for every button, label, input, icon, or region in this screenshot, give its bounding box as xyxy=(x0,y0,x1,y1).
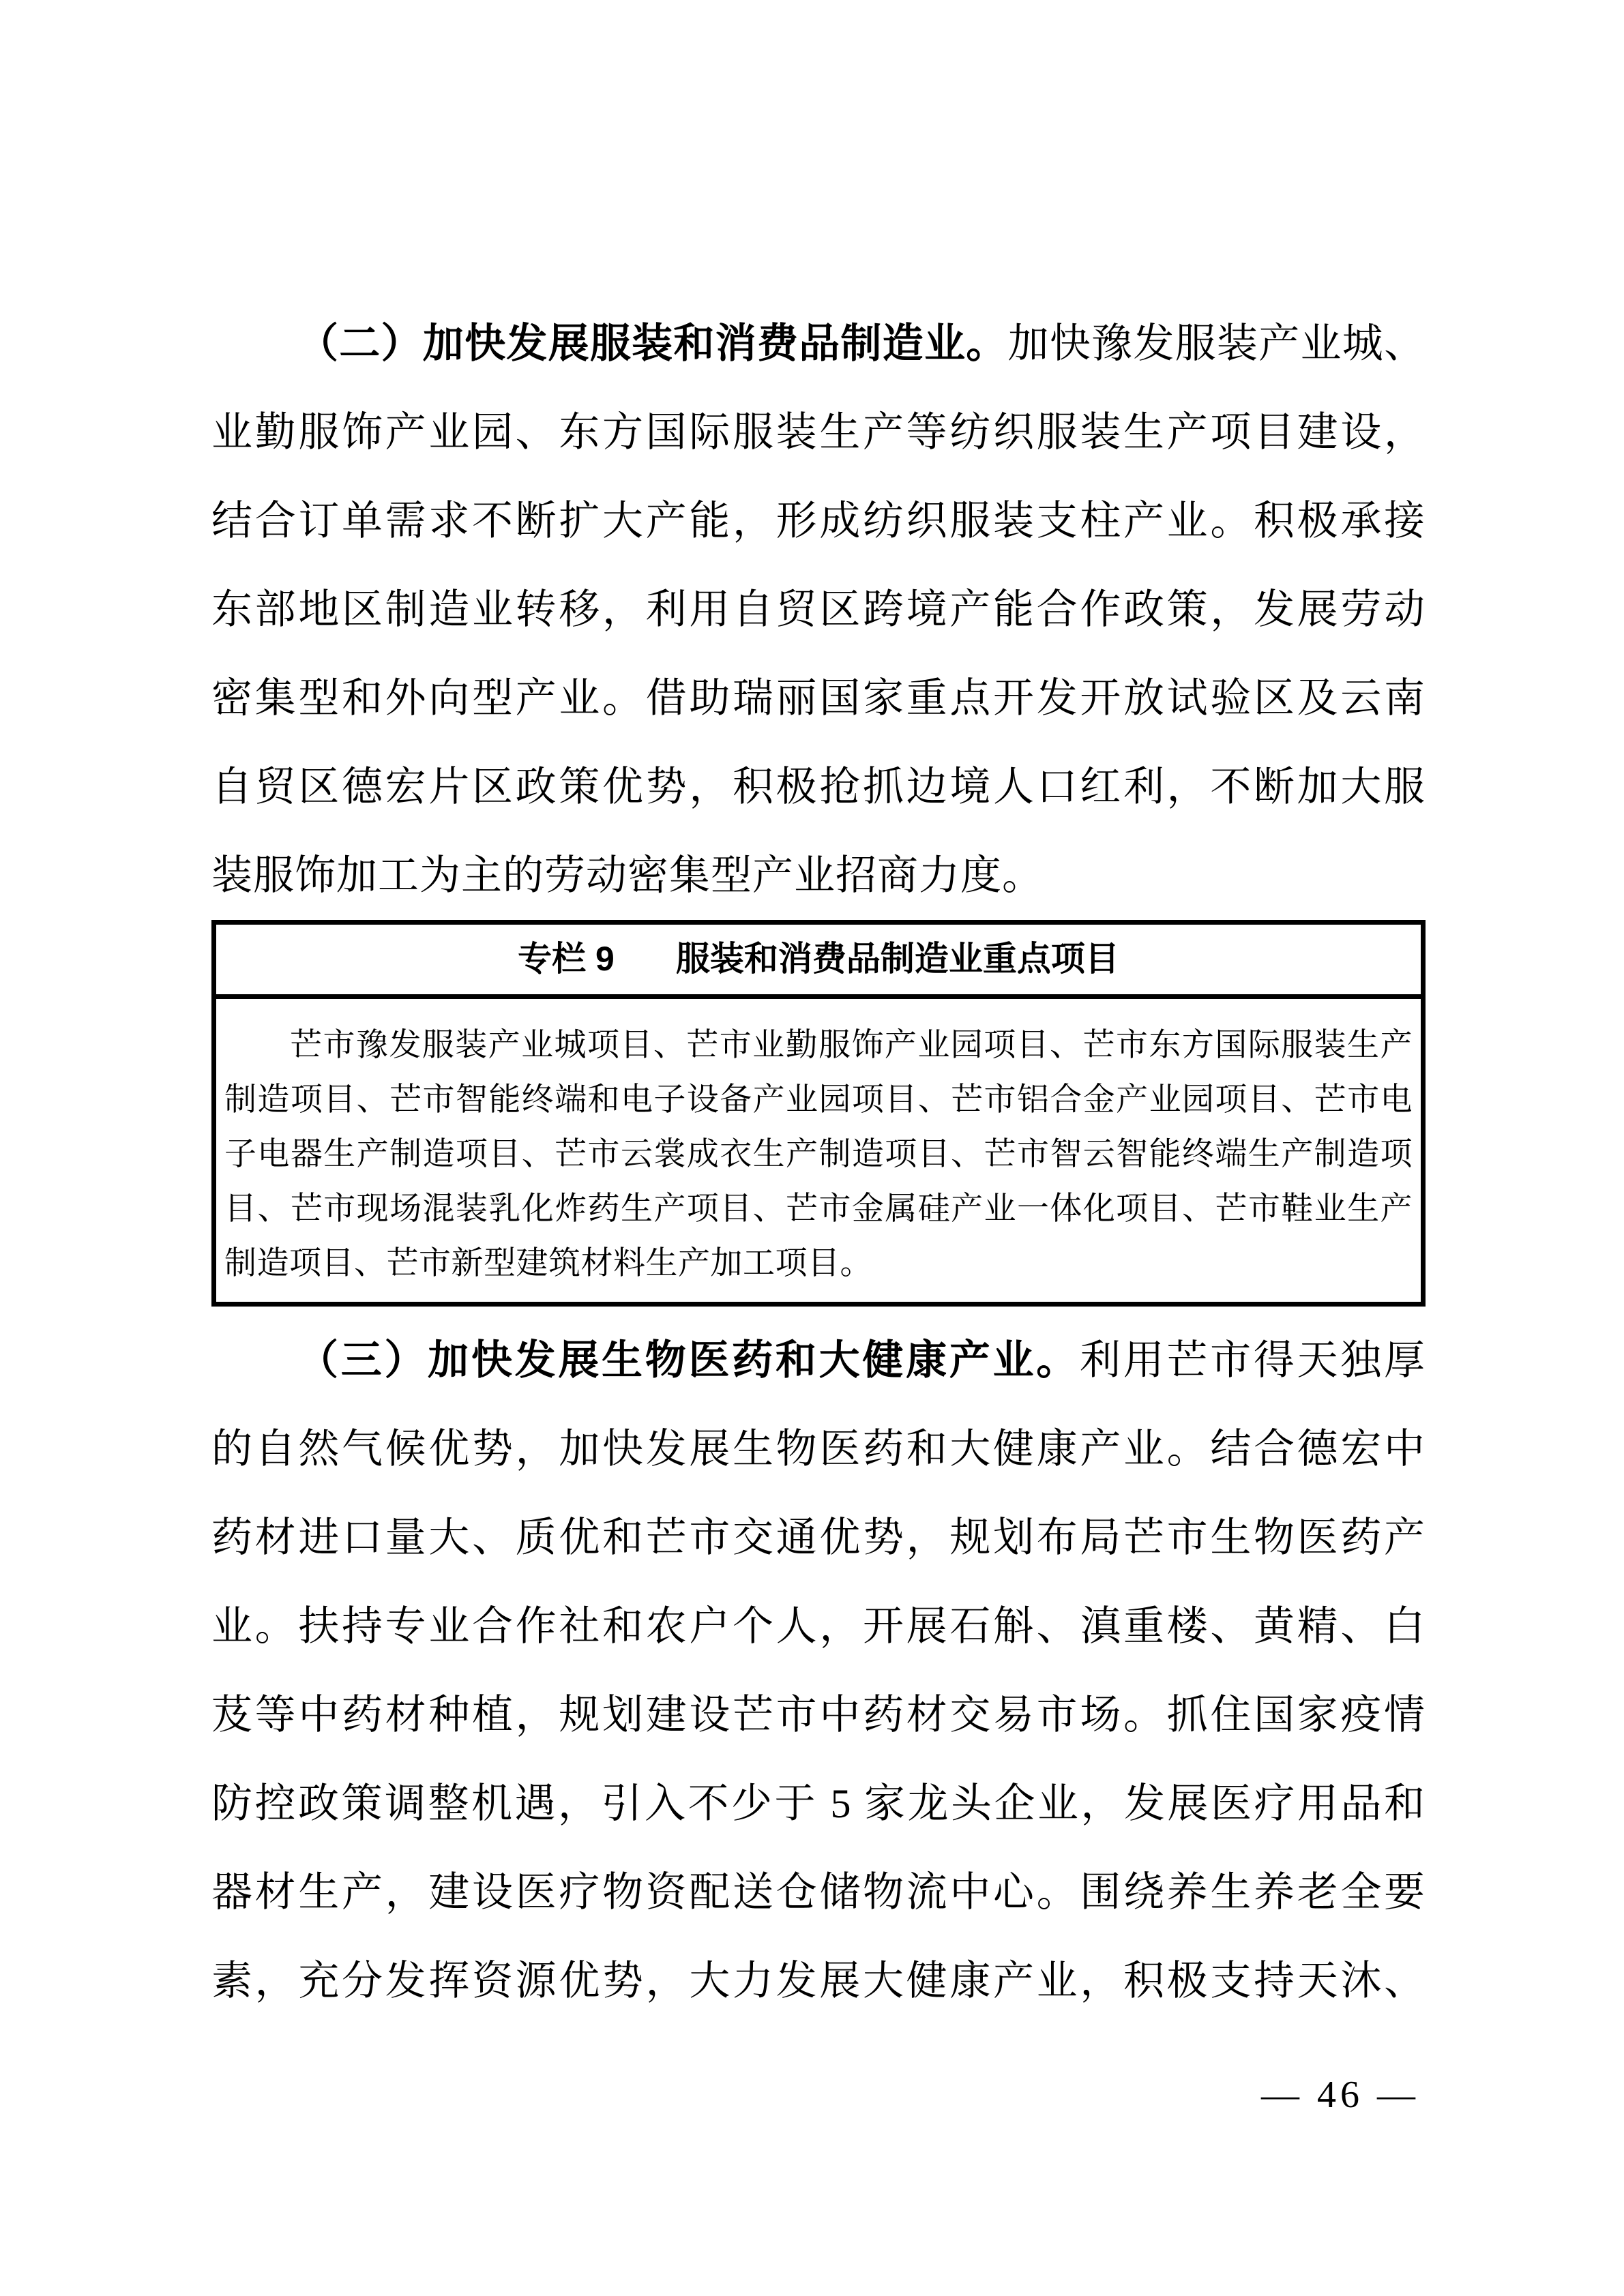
box-header: 专栏 9服装和消费品制造业重点项目 xyxy=(216,925,1421,999)
box-label: 专栏 9 xyxy=(518,940,615,978)
paragraph-3-lead-rest: 利用芒市得天独厚 xyxy=(1080,1338,1426,1383)
paragraph-3-lead-bold: （三）加快发展生物医药和大健康产业。 xyxy=(297,1337,1080,1383)
box-body-text: 芒市豫发服装产业城项目、芒市业勤服饰产业园项目、芒市东方国际服装生产制造项目、芒… xyxy=(216,999,1421,1302)
paragraph-line: 业勤服饰产业园、东方国际服装生产等纺织服装生产项目建设， xyxy=(211,388,1426,477)
paragraph-line: 药材进口量大、质优和芒市交通优势，规划布局芒市生物医药产 xyxy=(211,1493,1426,1582)
paragraph-section-3: （三）加快发展生物医药和大健康产业。利用芒市得天独厚 的自然气候优势，加快发展生… xyxy=(211,1316,1426,2025)
paragraph-section-2: （二）加快发展服装和消费品制造业。加快豫发服装产业城、 业勤服饰产业园、东方国际… xyxy=(211,299,1426,920)
paragraph-line: 自贸区德宏片区政策优势，积极抢抓边境人口红利，不断加大服 xyxy=(211,743,1426,831)
paragraph-line: 结合订单需求不断扩大产能，形成纺织服装支柱产业。积极承接 xyxy=(211,477,1426,565)
page-number: — 46 — xyxy=(1261,2074,1419,2116)
paragraph-line: 的自然气候优势，加快发展生物医药和大健康产业。结合德宏中 xyxy=(211,1405,1426,1493)
paragraph-line: 素，充分发挥资源优势，大力发展大健康产业，积极支持天沐、 xyxy=(211,1937,1426,2025)
paragraph-line: 芨等中药材种植，规划建设芒市中药材交易市场。抓住国家疫情 xyxy=(211,1671,1426,1759)
paragraph-2-lead-rest: 加快豫发服装产业城、 xyxy=(1008,321,1426,366)
document-page: （二）加快发展服装和消费品制造业。加快豫发服装产业城、 业勤服饰产业园、东方国际… xyxy=(0,0,1624,2296)
paragraph-line: 东部地区制造业转移，利用自贸区跨境产能合作政策，发展劳动 xyxy=(211,565,1426,654)
paragraph-line: 装服饰加工为主的劳动密集型产业招商力度。 xyxy=(211,831,1426,920)
page-footer: — 46 — xyxy=(1261,2074,1419,2115)
paragraph-2-lead-bold: （二）加快发展服装和消费品制造业。 xyxy=(297,320,1008,366)
column-box-9: 专栏 9服装和消费品制造业重点项目 芒市豫发服装产业城项目、芒市业勤服饰产业园项… xyxy=(211,920,1426,1307)
paragraph-line: 业。扶持专业合作社和农户个人，开展石斛、滇重楼、黄精、白 xyxy=(211,1582,1426,1671)
box-title: 服装和消费品制造业重点项目 xyxy=(676,940,1119,978)
paragraph-line: 器材生产，建设医疗物资配送仓储物流中心。围绕养生养老全要 xyxy=(211,1848,1426,1937)
paragraph-line: 密集型和外向型产业。借助瑞丽国家重点开发开放试验区及云南 xyxy=(211,654,1426,743)
paragraph-line: （三）加快发展生物医药和大健康产业。利用芒市得天独厚 xyxy=(211,1316,1426,1405)
paragraph-line: 防控政策调整机遇，引入不少于 5 家龙头企业，发展医疗用品和 xyxy=(211,1759,1426,1848)
paragraph-line: （二）加快发展服装和消费品制造业。加快豫发服装产业城、 xyxy=(211,299,1426,388)
